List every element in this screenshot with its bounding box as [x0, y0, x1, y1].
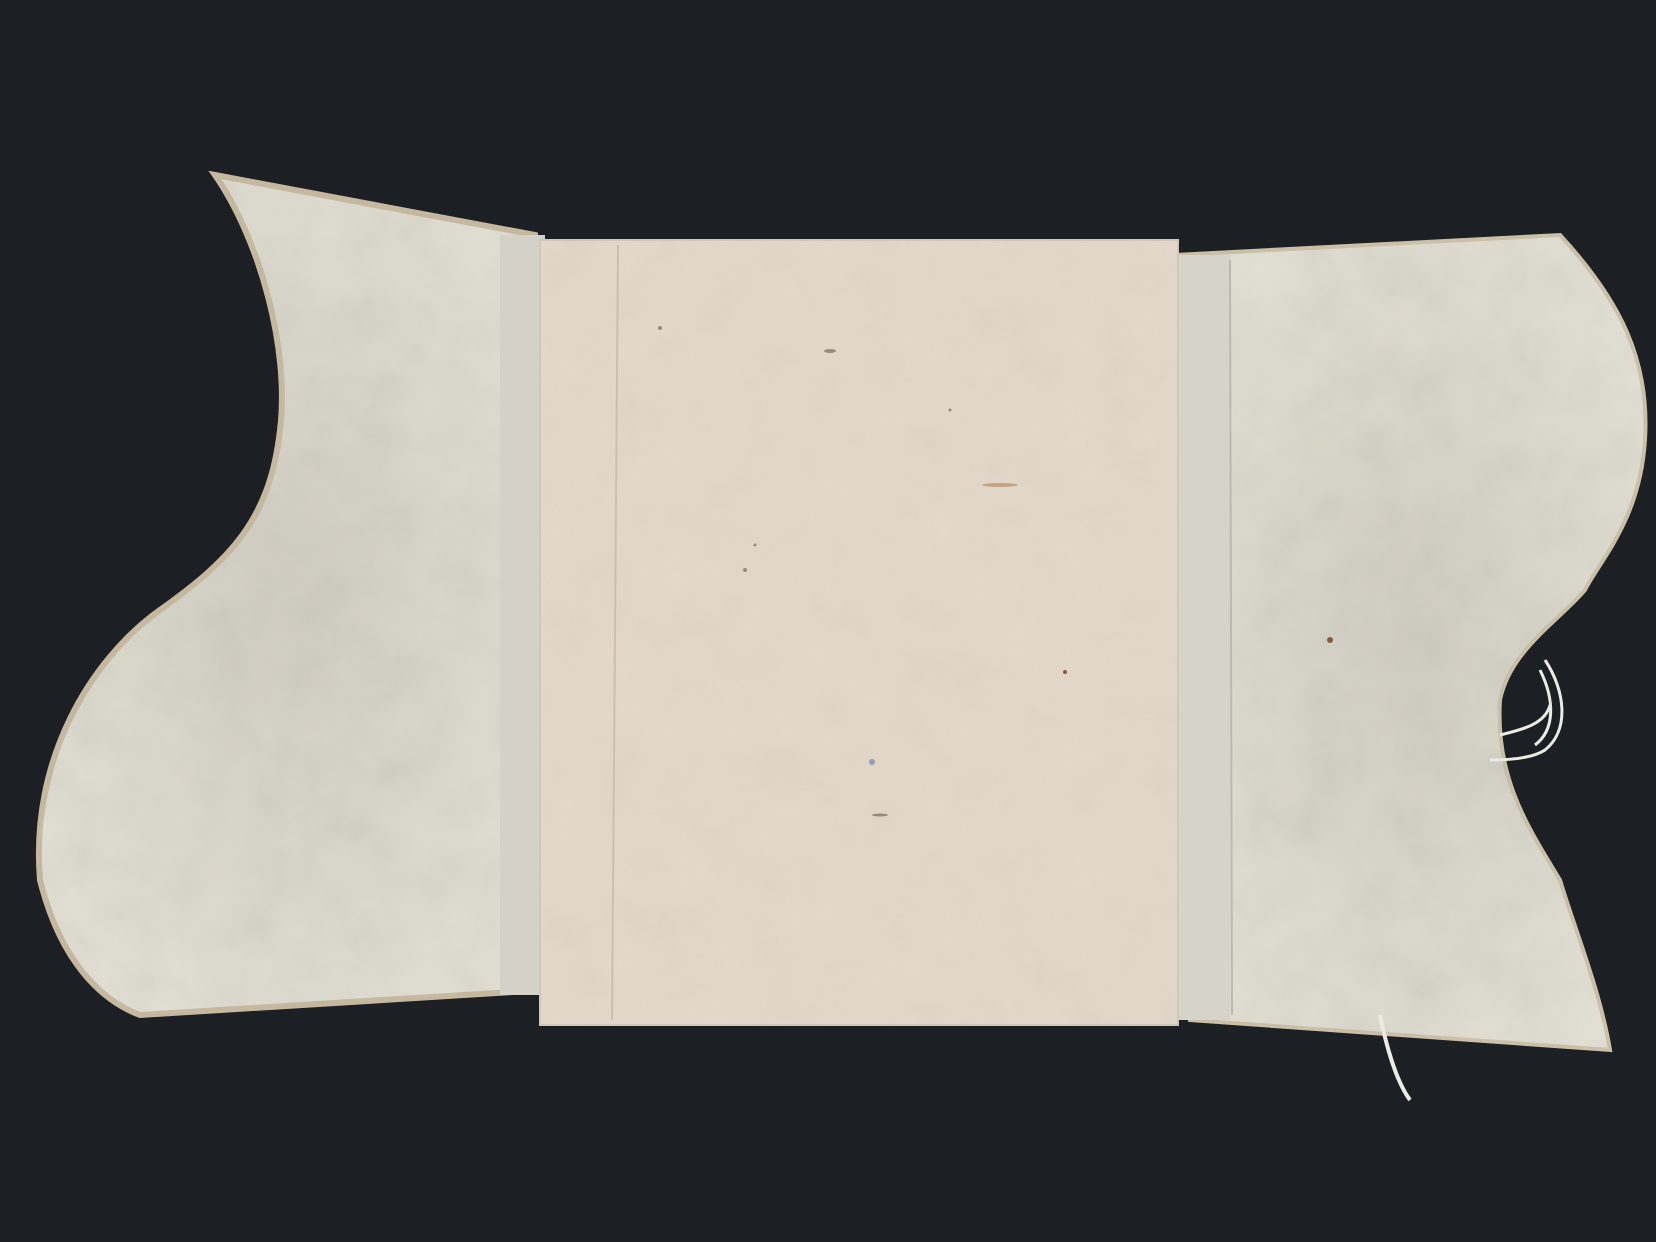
open-paper-folder [0, 0, 1656, 1242]
photo-scene [0, 0, 1656, 1242]
right-spine [1175, 255, 1230, 1020]
right-flap [1175, 235, 1646, 1050]
left-flap [39, 175, 545, 1015]
left-spine [500, 235, 545, 995]
